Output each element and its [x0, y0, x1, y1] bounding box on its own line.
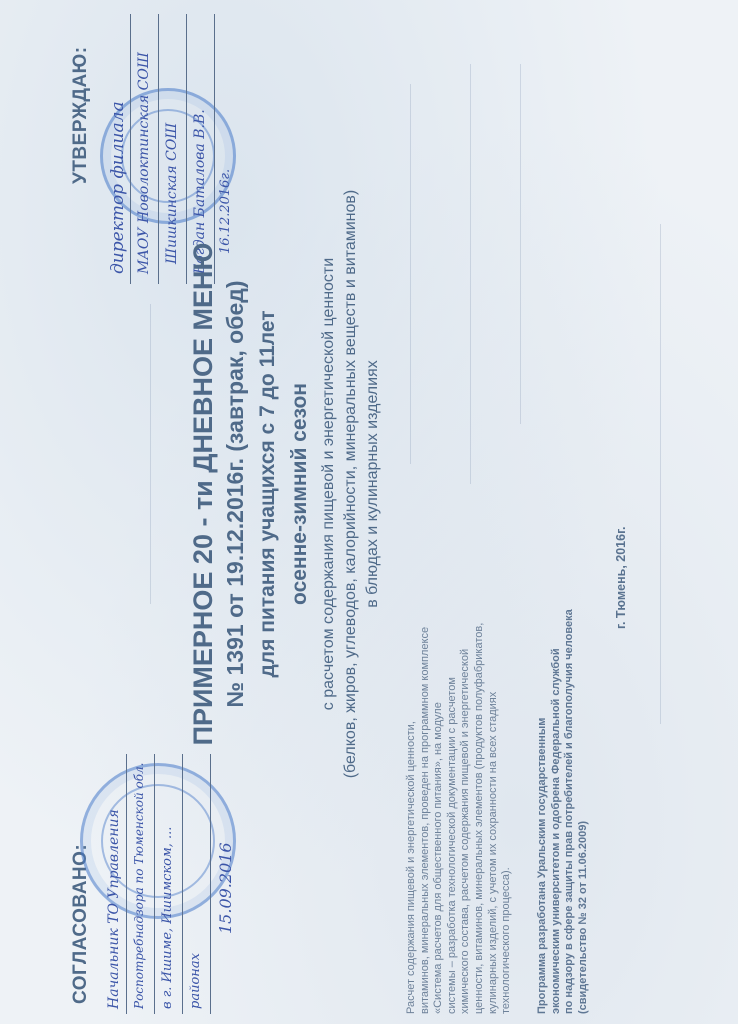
approve-signature-line: МАОУ Новолоктинская СОШ — [136, 52, 152, 274]
subtitle-line: (белков, жиров, углеводов, калорийности,… — [342, 144, 360, 824]
note-line: по надзору в сфере защиты прав потребите… — [563, 474, 577, 1014]
calculation-note: Расчет содержания пищевой и энергетическ… — [405, 494, 514, 1014]
note-line: витаминов, минеральных элементов, провед… — [419, 494, 433, 1014]
note-line: технологического процесса). — [500, 494, 514, 1014]
note-line: ценности, витаминов, минеральных элемент… — [473, 494, 487, 1014]
scan-artifact — [150, 304, 151, 604]
note-line: Расчет содержания пищевой и энергетическ… — [405, 494, 419, 1014]
document-number-date: № 1391 от 19.12.2016г. (завтрак, обед) — [222, 144, 249, 844]
scan-artifact — [410, 84, 411, 464]
agree-signature-line: в г. Ишиме, Ишимском, ... — [160, 827, 175, 1009]
document-title: ПРИМЕРНОЕ 20 - ти ДНЕВНОЕ МЕНЮ — [188, 144, 219, 844]
subtitle-line: с расчетом содержания пищевой и энергети… — [320, 144, 338, 824]
approve-label: УТВЕРЖДАЮ: — [70, 46, 92, 184]
note-line: системы – разработка технологической док… — [446, 494, 460, 1014]
scan-artifact — [470, 64, 471, 484]
note-line: (свидетельство № 32 от 11.06.2009) — [577, 474, 591, 1014]
agree-signature-line: районах — [188, 953, 203, 1009]
note-line: химического состава, расчетом содержания… — [459, 494, 473, 1014]
note-line: экономическим университетом и одобрена Ф… — [550, 474, 564, 1014]
approve-signature-line: Шишкинская СОШ — [164, 123, 180, 264]
city-year: г. Тюмень, 2016г. — [614, 527, 628, 630]
rotated-page-content: УТВЕРЖДАЮ: директор филиала МАОУ Новолок… — [0, 0, 738, 1024]
note-line: «Система расчетов для общественного пита… — [432, 494, 446, 1014]
scanned-page: УТВЕРЖДАЮ: директор филиала МАОУ Новолок… — [0, 0, 738, 1024]
note-line: кулинарных изделий, с учетом их сохранно… — [487, 494, 501, 1014]
agree-signature-line: Роспотребнадзора по Тюменской обл. — [132, 763, 146, 1010]
note-line: Программа разработана Уральским государс… — [536, 474, 550, 1014]
approve-signature-line: директор филиала — [108, 101, 128, 274]
document-season: осенне-зимний сезон — [288, 144, 312, 844]
subtitle-line: в блюдах и кулинарных изделиях — [364, 144, 382, 824]
agree-signature-line: Начальник ТО Управления — [106, 809, 122, 1009]
scan-artifact — [520, 64, 521, 424]
agree-signature-line: 15.09.2016 — [216, 842, 235, 934]
document-audience: для питания учащихся с 7 до 11лет — [256, 144, 280, 844]
scan-artifact — [660, 224, 661, 724]
developer-note: Программа разработана Уральским государс… — [536, 474, 590, 1014]
